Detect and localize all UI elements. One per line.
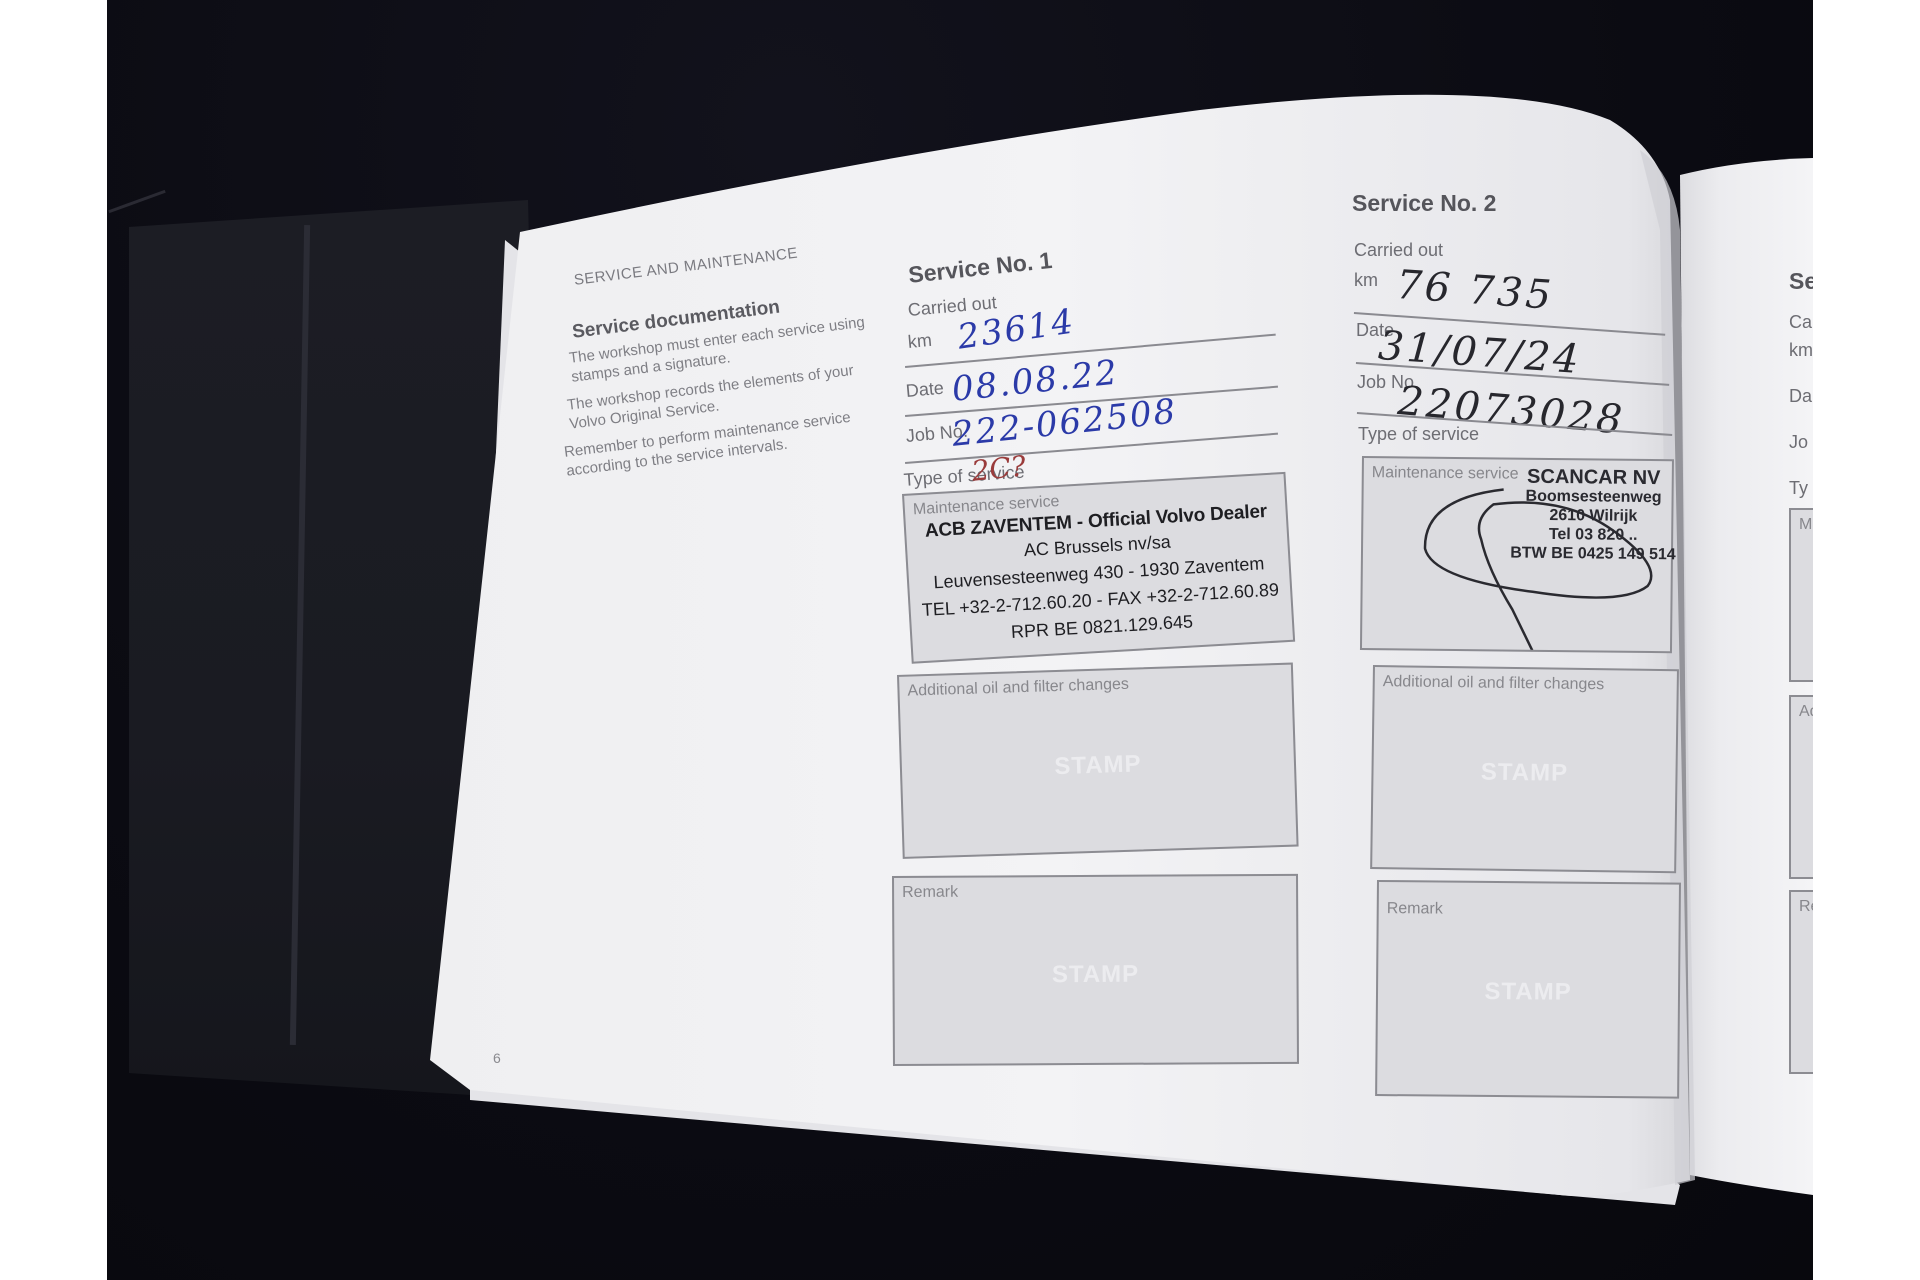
service-2-additional-box: Additional oil and filter changes STAMP [1370,665,1679,873]
next-page-label-4: Jo [1789,432,1808,453]
next-page-partial: Se Ca km Da Jo Ty M Ad Re [1789,150,1813,1200]
service-2-additional-stamp-placeholder: STAMP [1373,757,1675,789]
page-content: SERVICE AND MAINTENANCE Service document… [0,0,1920,1280]
next-page-box-3-label: Re [1799,898,1813,916]
service-1-additional-label: Additional oil and filter changes [907,676,1129,701]
service-2-km-label: km [1354,270,1378,291]
next-page-box-2-label: Ad [1799,703,1813,721]
service-2-remark-label: Remark [1387,900,1443,918]
service-1-maintenance-box: Maintenance service ACB ZAVENTEM - Offic… [902,472,1295,664]
next-page-box-3: Re [1789,890,1813,1074]
service-2-remark-stamp-placeholder: STAMP [1378,977,1678,1008]
service-2-remark-box: Remark STAMP [1375,880,1681,1099]
next-page-box-1: M [1789,508,1813,682]
service-2-carried-out-label: Carried out [1354,240,1443,261]
signature-scribble [1362,458,1672,651]
next-page-label-3: Da [1789,386,1812,407]
next-page-label-5: Ty [1789,478,1808,499]
service-1-additional-stamp-placeholder: STAMP [902,746,1295,786]
next-page-box-1-label: M [1799,516,1812,534]
section-header: SERVICE AND MAINTENANCE [573,245,799,289]
service-2-title: Service No. 2 [1352,190,1496,217]
service-2-type-label: Type of service [1358,424,1479,445]
next-page-label-2: km [1789,340,1813,361]
service-2-additional-label: Additional oil and filter changes [1383,673,1605,694]
page-number: 6 [493,1050,501,1066]
next-page-box-2: Ad [1789,695,1813,879]
service-2-km-value: 76 735 [1395,262,1556,319]
next-page-title: Se [1789,268,1813,295]
service-1-title: Service No. 1 [907,247,1053,289]
next-page-label-1: Ca [1789,312,1812,333]
service-1-remark-box: Remark STAMP [892,874,1299,1066]
service-1-additional-box: Additional oil and filter changes STAMP [897,663,1299,859]
service-1-remark-label: Remark [902,884,958,902]
dealer-stamp-acb: ACB ZAVENTEM - Official Volvo Dealer AC … [906,500,1293,652]
service-2-maintenance-box: Maintenance service SCANCAR NV Boomseste… [1360,456,1674,653]
service-1-type-mark: 2C? [970,449,1027,487]
service-1-km-label: km [907,330,933,353]
service-1-remark-stamp-placeholder: STAMP [894,960,1296,990]
service-1-date-label: Date [905,378,945,402]
